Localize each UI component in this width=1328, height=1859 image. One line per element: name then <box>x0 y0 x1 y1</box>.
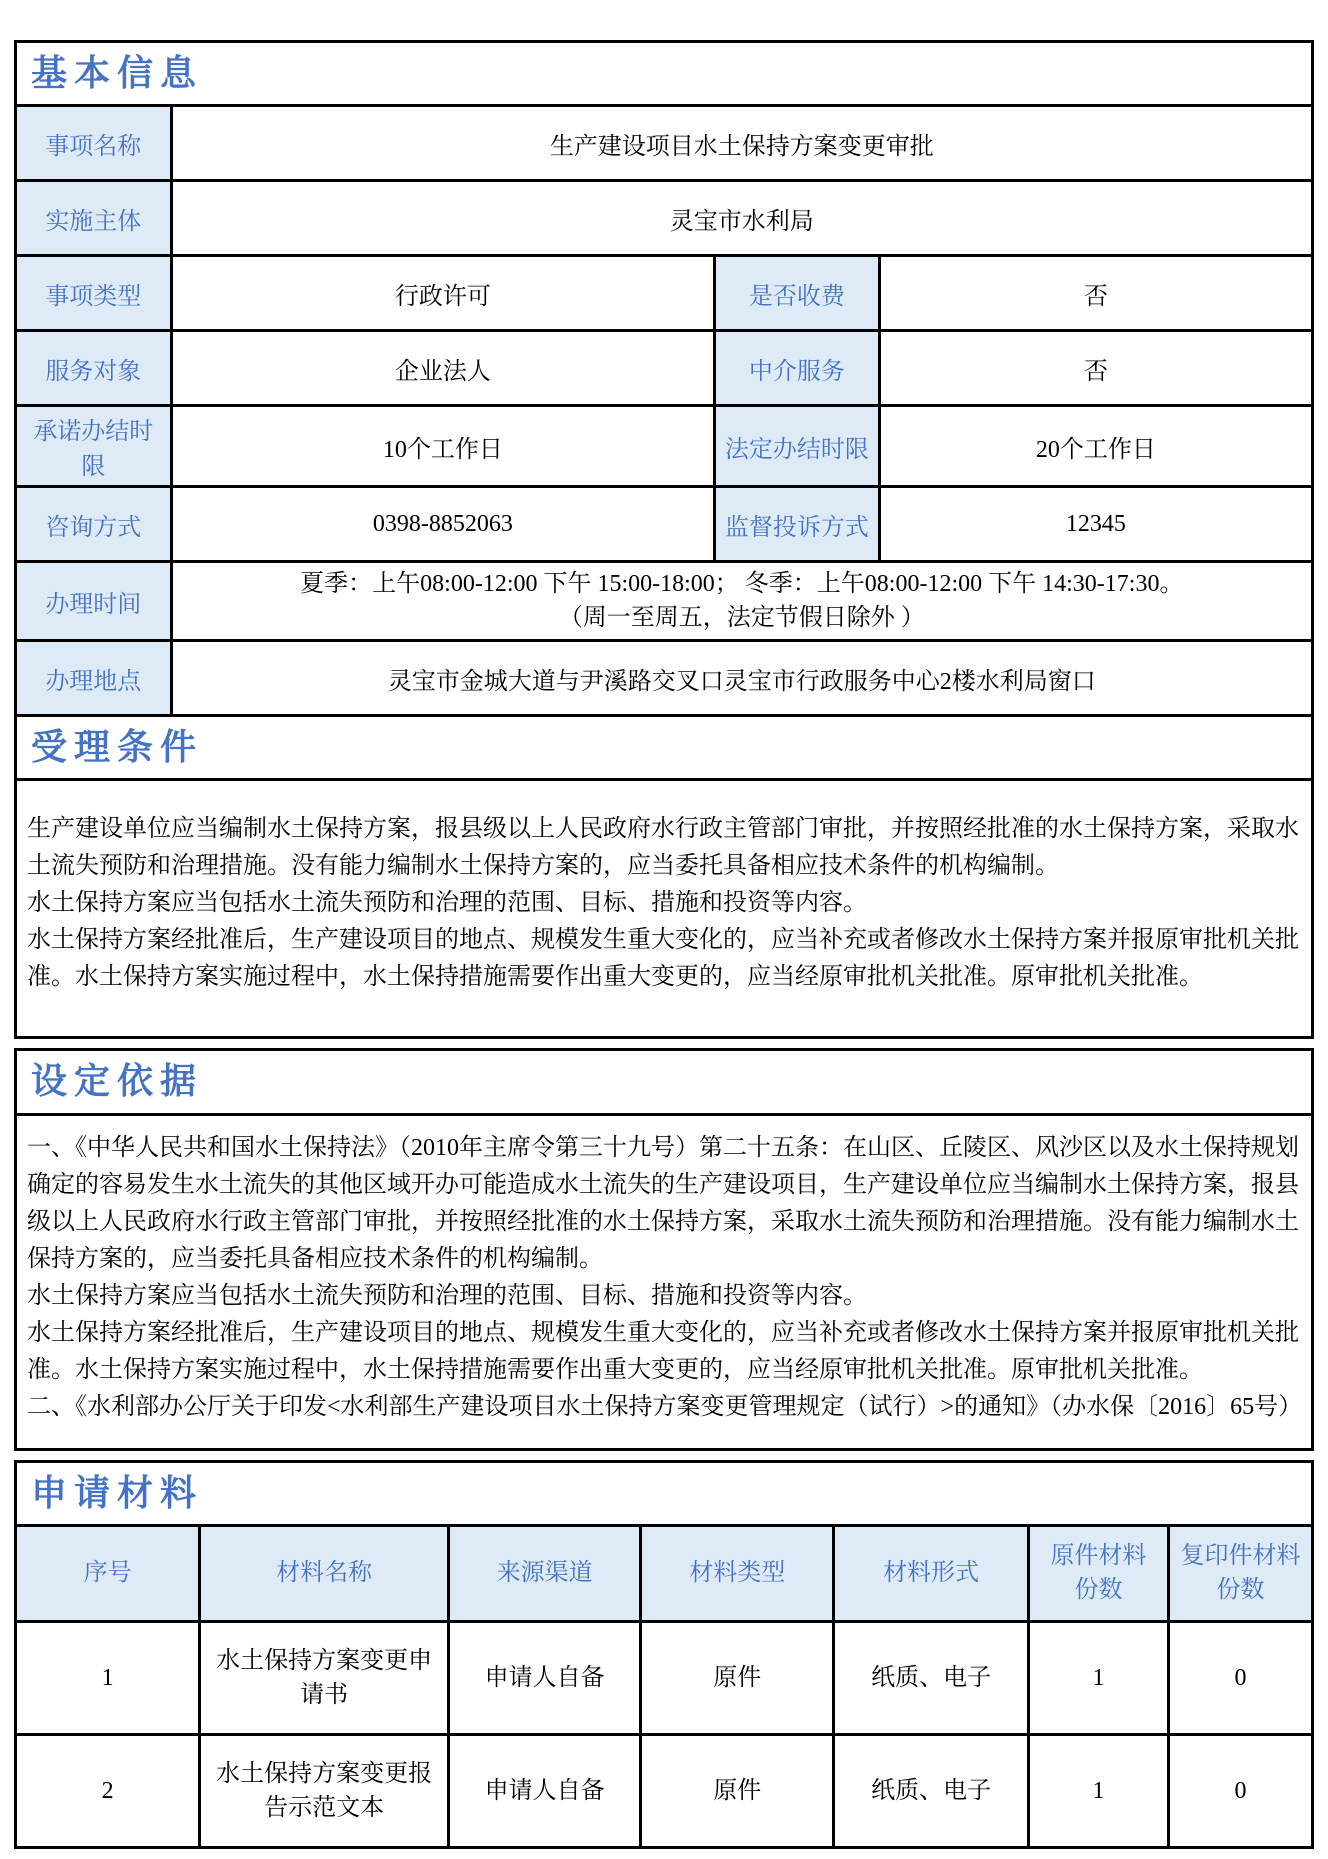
col-material-name: 材料名称 <box>200 1525 449 1621</box>
label-promised-time-limit: 承诺办结时限 <box>16 406 172 487</box>
col-original-copies: 原件材料份数 <box>1028 1525 1168 1621</box>
material-1-photocopy-copies: 0 <box>1169 1621 1313 1734</box>
label-intermediary-service: 中介服务 <box>715 331 880 406</box>
value-handling-time: 夏季：上午08:00-12:00 下午 15:00-18:00； 冬季：上午08… <box>171 562 1312 641</box>
material-1-original-copies: 1 <box>1028 1621 1168 1734</box>
value-statutory-time-limit: 20个工作日 <box>879 406 1312 487</box>
section-gap <box>14 1039 1314 1048</box>
label-item-name: 事项名称 <box>16 106 172 181</box>
label-handling-location: 办理地点 <box>16 641 172 716</box>
material-2-name: 水土保持方案变更报告示范文本 <box>200 1734 449 1847</box>
material-2-form: 纸质、电子 <box>834 1734 1029 1847</box>
legal-basis-paragraph: 一、《中华人民共和国水土保持法》（2010年主席令第三十九号）第二十五条：在山区… <box>27 1130 1299 1278</box>
acceptance-paragraph: 水土保持方案经批准后，生产建设项目的地点、规模发生重大变化的，应当补充或者修改水… <box>27 922 1299 996</box>
col-material-type: 材料类型 <box>641 1525 834 1621</box>
material-2-original-copies: 1 <box>1028 1734 1168 1847</box>
row-handling-location: 办理地点 灵宝市金城大道与尹溪路交叉口灵宝市行政服务中心2楼水利局窗口 <box>16 641 1313 716</box>
material-1-form: 纸质、电子 <box>834 1621 1029 1734</box>
material-1-seq: 1 <box>16 1621 200 1734</box>
material-row-2: 2 水土保持方案变更报告示范文本 申请人自备 原件 纸质、电子 1 0 <box>16 1734 1313 1847</box>
row-implementing-body: 实施主体 灵宝市水利局 <box>16 181 1313 256</box>
section-header-application-materials: 申请材料 <box>14 1460 1314 1527</box>
legal-basis-paragraph: 二、《水利部办公厅关于印发<水利部生产建设项目水土保持方案变更管理规定（试行）>… <box>27 1389 1299 1426</box>
col-material-form: 材料形式 <box>834 1525 1029 1621</box>
section-header-acceptance-conditions: 受理条件 <box>14 714 1314 781</box>
label-statutory-time-limit: 法定办结时限 <box>715 406 880 487</box>
value-intermediary-service: 否 <box>879 331 1312 406</box>
section-title-legal-basis: 设定依据 <box>17 1051 1311 1112</box>
row-contact-methods: 咨询方式 0398-8852063 监督投诉方式 12345 <box>16 487 1313 562</box>
acceptance-conditions-text: 生产建设单位应当编制水土保持方案，报县级以上人民政府水行政主管部门审批，并按照经… <box>14 778 1314 1039</box>
section-title-acceptance-conditions: 受理条件 <box>17 717 1311 778</box>
row-handling-time: 办理时间 夏季：上午08:00-12:00 下午 15:00-18:00； 冬季… <box>16 562 1313 641</box>
label-handling-time: 办理时间 <box>16 562 172 641</box>
row-service-target: 服务对象 企业法人 中介服务 否 <box>16 331 1313 406</box>
col-source-channel: 来源渠道 <box>449 1525 641 1621</box>
value-item-type: 行政许可 <box>171 256 714 331</box>
label-consultation-method: 咨询方式 <box>16 487 172 562</box>
material-2-photocopy-copies: 0 <box>1169 1734 1313 1847</box>
section-header-basic-info: 基本信息 <box>14 40 1314 107</box>
col-seq: 序号 <box>16 1525 200 1621</box>
label-supervision-complaint-method: 监督投诉方式 <box>715 487 880 562</box>
legal-basis-paragraph: 水土保持方案经批准后，生产建设项目的地点、规模发生重大变化的，应当补充或者修改水… <box>27 1315 1299 1389</box>
legal-basis-paragraph: 水土保持方案应当包括水土流失预防和治理的范围、目标、措施和投资等内容。 <box>27 1278 1299 1315</box>
section-title-basic-info: 基本信息 <box>17 43 1311 104</box>
label-fee-required: 是否收费 <box>715 256 880 331</box>
row-time-limits: 承诺办结时限 10个工作日 法定办结时限 20个工作日 <box>16 406 1313 487</box>
materials-header-row: 序号 材料名称 来源渠道 材料类型 材料形式 原件材料份数 复印件材料份数 <box>16 1525 1313 1621</box>
material-row-1: 1 水土保持方案变更申请书 申请人自备 原件 纸质、电子 1 0 <box>16 1621 1313 1734</box>
acceptance-paragraph: 水土保持方案应当包括水土流失预防和治理的范围、目标、措施和投资等内容。 <box>27 885 1299 922</box>
value-item-name: 生产建设项目水土保持方案变更审批 <box>171 106 1312 181</box>
value-promised-time-limit: 10个工作日 <box>171 406 714 487</box>
label-service-target: 服务对象 <box>16 331 172 406</box>
material-1-name: 水土保持方案变更申请书 <box>200 1621 449 1734</box>
col-photocopy-copies: 复印件材料份数 <box>1169 1525 1313 1621</box>
value-handling-location: 灵宝市金城大道与尹溪路交叉口灵宝市行政服务中心2楼水利局窗口 <box>171 641 1312 716</box>
legal-basis-text: 一、《中华人民共和国水土保持法》（2010年主席令第三十九号）第二十五条：在山区… <box>14 1113 1314 1451</box>
label-item-type: 事项类型 <box>16 256 172 331</box>
material-2-type: 原件 <box>641 1734 834 1847</box>
document-page: 基本信息 事项名称 生产建设项目水土保持方案变更审批 实施主体 灵宝市水利局 事… <box>0 0 1328 1859</box>
value-fee-required: 否 <box>879 256 1312 331</box>
value-supervision-complaint-method: 12345 <box>879 487 1312 562</box>
row-item-type: 事项类型 行政许可 是否收费 否 <box>16 256 1313 331</box>
value-consultation-method: 0398-8852063 <box>171 487 714 562</box>
materials-table: 序号 材料名称 来源渠道 材料类型 材料形式 原件材料份数 复印件材料份数 1 … <box>14 1524 1314 1849</box>
material-1-source: 申请人自备 <box>449 1621 641 1734</box>
section-header-legal-basis: 设定依据 <box>14 1048 1314 1115</box>
label-implementing-body: 实施主体 <box>16 181 172 256</box>
basic-info-table: 事项名称 生产建设项目水土保持方案变更审批 实施主体 灵宝市水利局 事项类型 行… <box>14 104 1314 717</box>
section-gap <box>14 1451 1314 1460</box>
material-2-seq: 2 <box>16 1734 200 1847</box>
section-title-application-materials: 申请材料 <box>17 1463 1311 1524</box>
material-2-source: 申请人自备 <box>449 1734 641 1847</box>
value-service-target: 企业法人 <box>171 331 714 406</box>
value-implementing-body: 灵宝市水利局 <box>171 181 1312 256</box>
row-item-name: 事项名称 生产建设项目水土保持方案变更审批 <box>16 106 1313 181</box>
material-1-type: 原件 <box>641 1621 834 1734</box>
acceptance-paragraph: 生产建设单位应当编制水土保持方案，报县级以上人民政府水行政主管部门审批，并按照经… <box>27 811 1299 885</box>
